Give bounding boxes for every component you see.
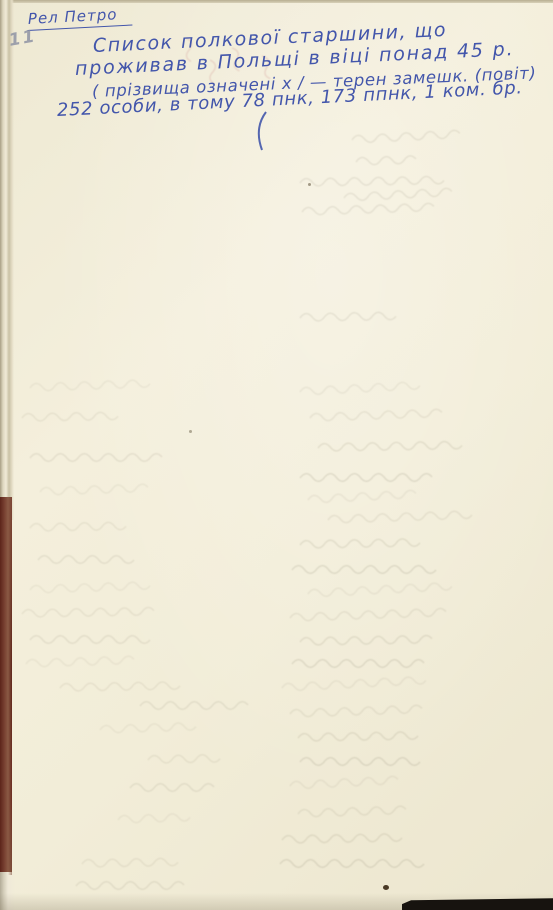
bleed-through-writing	[0, 0, 553, 910]
pen-descender-stroke	[252, 110, 272, 152]
book-cover-edge	[0, 497, 12, 875]
dirt-speck	[189, 430, 192, 433]
scanned-notebook-page: Рел Петро 11 Список полкової старшини, щ…	[0, 0, 553, 910]
dirt-speck	[383, 885, 389, 890]
page-left-edge	[0, 0, 14, 520]
dirt-speck	[308, 183, 311, 186]
page-top-edge	[0, 0, 553, 3]
